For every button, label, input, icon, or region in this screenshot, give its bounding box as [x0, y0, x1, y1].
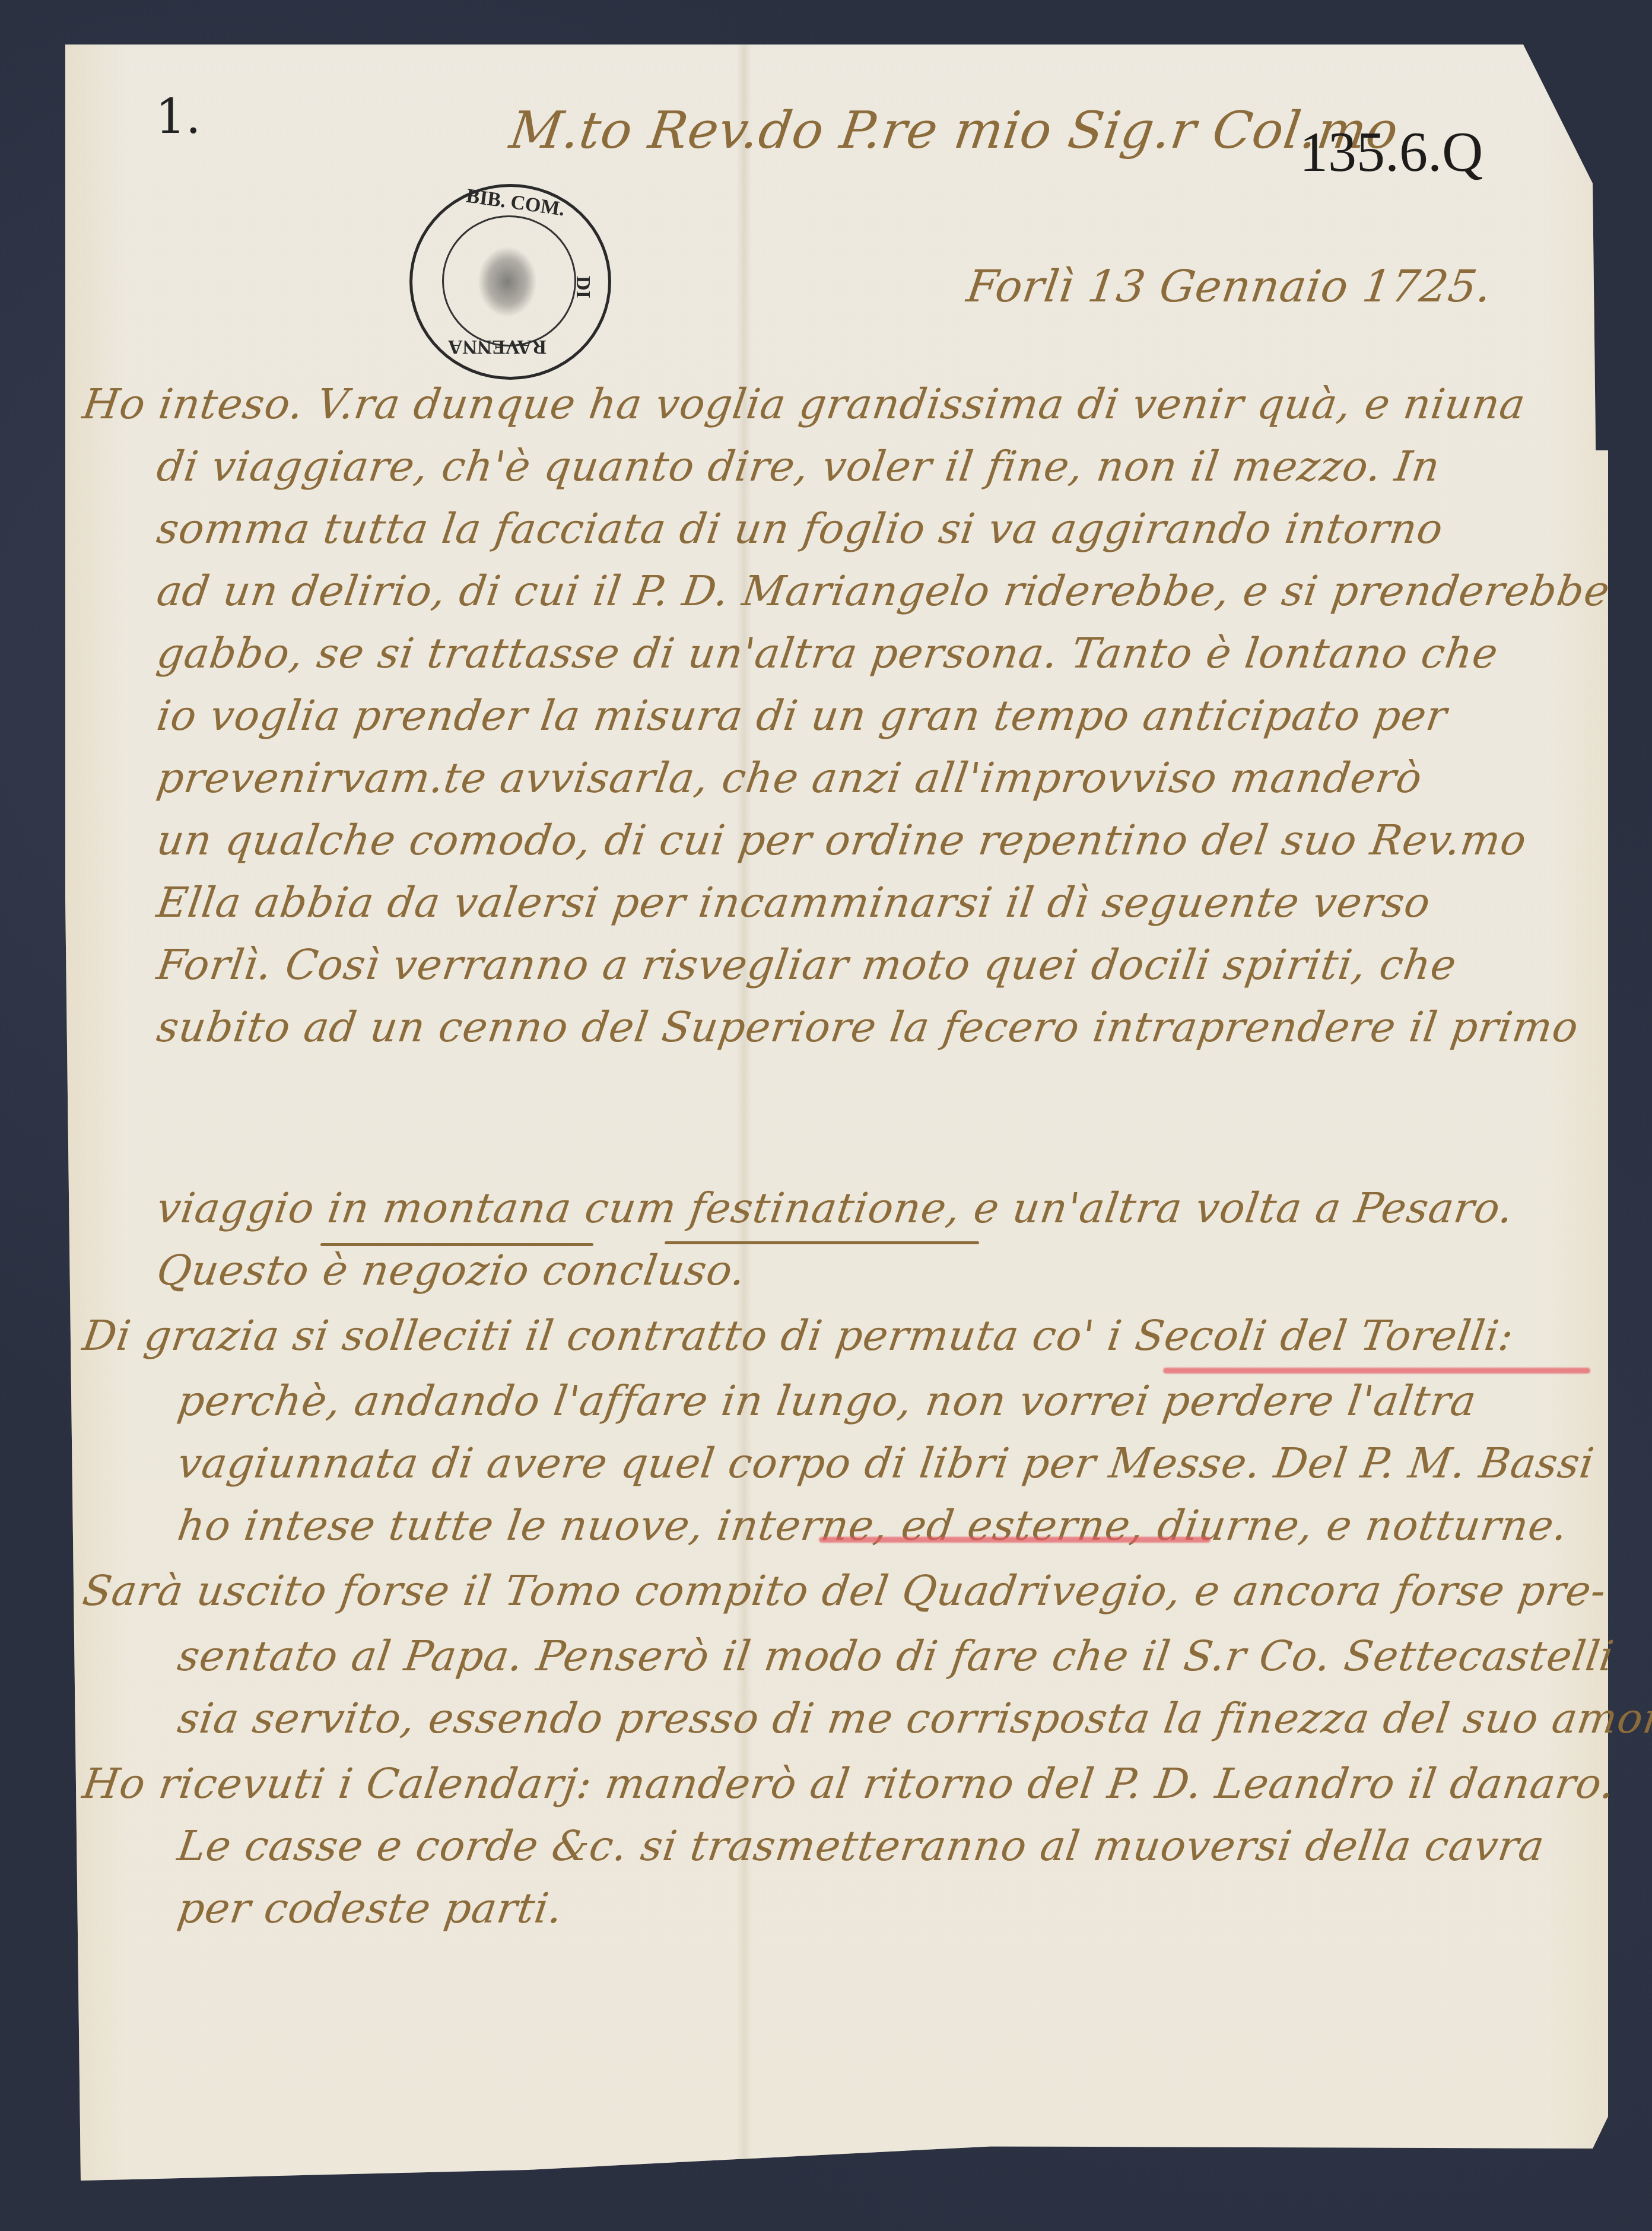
red-underline-libri-per-messe: [819, 1537, 1211, 1543]
body-line: vagiunnata di avere quel corpo di libri …: [174, 1439, 1597, 1488]
stamp-text-bottom: RAVENNA: [448, 335, 547, 358]
body-line: viaggio in montana cum festinatione, e u…: [154, 1184, 1517, 1232]
red-underline-secoli-del-torelli: [1163, 1368, 1590, 1374]
body-line: Questo è negozio concluso.: [154, 1246, 749, 1295]
shelfmark: 135.6.Q: [1300, 119, 1483, 185]
body-line: subito ad un cenno del Superiore la fece…: [154, 1003, 1581, 1051]
dateline: Forlì 13 Gennaio 1725.: [964, 261, 1495, 312]
body-line: ad un delirio, di cui il P. D. Mariangel…: [154, 567, 1613, 615]
body-line: Sarà uscito forse il Tomo compito del Qu…: [80, 1566, 1609, 1615]
ink-underline-cum-festinatione: [665, 1241, 979, 1244]
body-line: per codeste parti.: [174, 1884, 566, 1933]
eagle-emblem-icon: [478, 246, 537, 317]
stamp-text-right: DI: [571, 276, 594, 298]
library-stamp: BIB. COM. DI RAVENNA: [409, 184, 611, 380]
body-line: io voglia prender la misura di un gran t…: [154, 691, 1450, 740]
body-line: un qualche comodo, di cui per ordine rep…: [154, 816, 1530, 865]
body-line: di viaggiare, ch'è quanto dire, voler il…: [154, 442, 1443, 491]
body-line: somma tutta la facciata di un foglio si …: [154, 504, 1446, 553]
salutation: M.to Rev.do P.re mio Sig.r Col.mo: [506, 101, 1402, 160]
body-line: Di grazia si solleciti il contratto di p…: [80, 1311, 1517, 1360]
body-line: Ella abbia da valersi per incamminarsi i…: [154, 878, 1434, 927]
body-line: Le casse e corde &c. si trasmetteranno a…: [174, 1822, 1548, 1870]
body-line: Ho inteso. V.ra dunque ha voglia grandis…: [80, 380, 1529, 428]
body-line: gabbo, se si trattasse di un'altra perso…: [154, 629, 1501, 678]
body-line: perchè, andando l'affare in lungo, non v…: [174, 1377, 1479, 1425]
page-number: 1.: [155, 89, 201, 144]
body-line: Forlì. Così verranno a risvegliar moto q…: [154, 940, 1460, 989]
body-line: sia servito, essendo presso di me corris…: [174, 1694, 1652, 1743]
ink-underline-in-montana: [320, 1243, 593, 1246]
body-line: prevenirvam.te avvisarla, che anzi all'i…: [154, 754, 1425, 802]
body-line: sentato al Papa. Penserò il modo di fare…: [174, 1632, 1617, 1680]
body-line: Ho ricevuti i Calendarj: manderò al rito…: [80, 1759, 1618, 1808]
